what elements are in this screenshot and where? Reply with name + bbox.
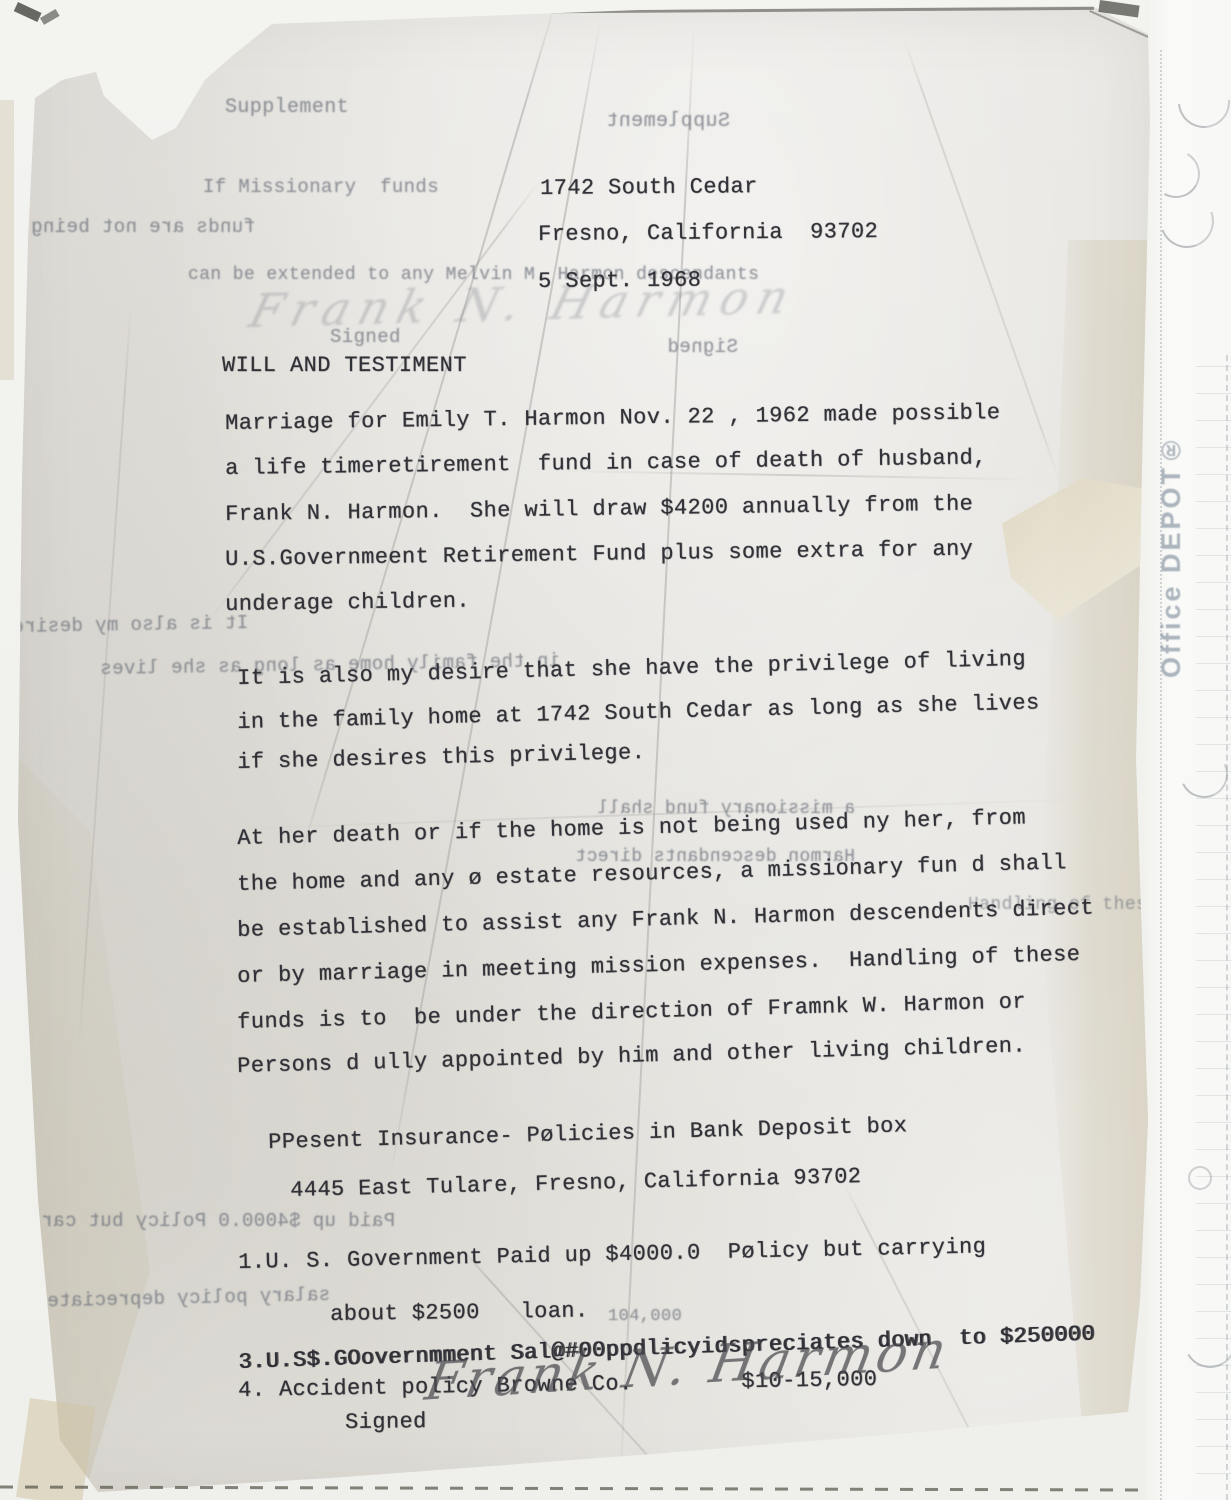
address-line-1: 1742 South Cedar — [540, 176, 758, 200]
address-line-2: Fresno, California 93702 — [538, 221, 878, 246]
bottom-dashed-edge — [0, 1486, 1140, 1492]
para3-line: be established to assist any Frank N. Ha… — [237, 898, 1094, 942]
paper-fold-shading-left — [0, 740, 150, 1500]
corner-debris — [14, 2, 42, 22]
ghost-text: If Missionary funds — [203, 178, 439, 197]
corner-debris — [40, 9, 60, 25]
policy-item: 1.U. S. Government Paid up $4000.0 Pølic… — [238, 1236, 986, 1274]
date-line: 5 Sept. 1968 — [538, 270, 701, 293]
para1-line: underage children. — [225, 591, 470, 616]
ghost-text: Supplement — [225, 98, 349, 118]
para3-line: funds is to be under the direction of Fr… — [237, 991, 1026, 1034]
handwritten-signature: Frank N. Harmon — [421, 1320, 955, 1413]
paper-torn-edge — [96, 21, 266, 71]
insurance-line: PPesent Insurance- Pølicies in Bank Depo… — [268, 1115, 908, 1154]
ghost-text-mirrored: Signed — [667, 338, 738, 357]
office-depot-logo: Office DEPOT® — [1156, 378, 1187, 678]
ghost-text-mirrored: salary policy depreciates down to $2500.… — [0, 1286, 330, 1316]
para1-line: Frank N. Harmon. She will draw $4200 ann… — [225, 494, 973, 526]
binder-hole-small — [1188, 1166, 1212, 1190]
insurance-line: 4445 East Tulare, Fresno, California 937… — [290, 1166, 862, 1202]
policy-item: about $2500 loan. — [330, 1300, 589, 1326]
para3-line: Persons d ully appointed by him and othe… — [237, 1035, 1026, 1078]
ghost-text: 104,000 — [608, 1308, 682, 1325]
document-title: WILL AND TESTIMENT — [222, 355, 467, 377]
paper-top-edge — [262, 7, 1094, 15]
scanned-will-document: Office DEPOT® Supplement Supplement If M… — [0, 0, 1231, 1500]
para2-line: in the family home at 1742 South Cedar a… — [237, 692, 1040, 734]
paper-sheet: Supplement Supplement If Missionary fund… — [0, 0, 1160, 1500]
left-edge-strip — [0, 100, 14, 380]
protector-dotted-line — [1160, 50, 1162, 1500]
ghost-text-mirrored: Paid up $4000.0 Policy but carrying — [0, 1212, 395, 1231]
ghost-text-mirrored: It is also my desire that she have the p… — [0, 614, 248, 645]
para1-line: U.S.Governmeent Retirement Fund plus som… — [225, 539, 973, 571]
ghost-text-mirrored: Supplement — [606, 112, 730, 132]
para3-line: or by marriage in meeting mission expens… — [237, 944, 1081, 988]
signed-label: Signed — [345, 1411, 427, 1434]
para2-line: if she desires this privilege. — [237, 742, 645, 774]
ghost-text-mirrored: funds are not being used, then same help — [0, 218, 255, 237]
para1-line: Marriage for Emily T. Harmon Nov. 22 , 1… — [225, 402, 1001, 435]
